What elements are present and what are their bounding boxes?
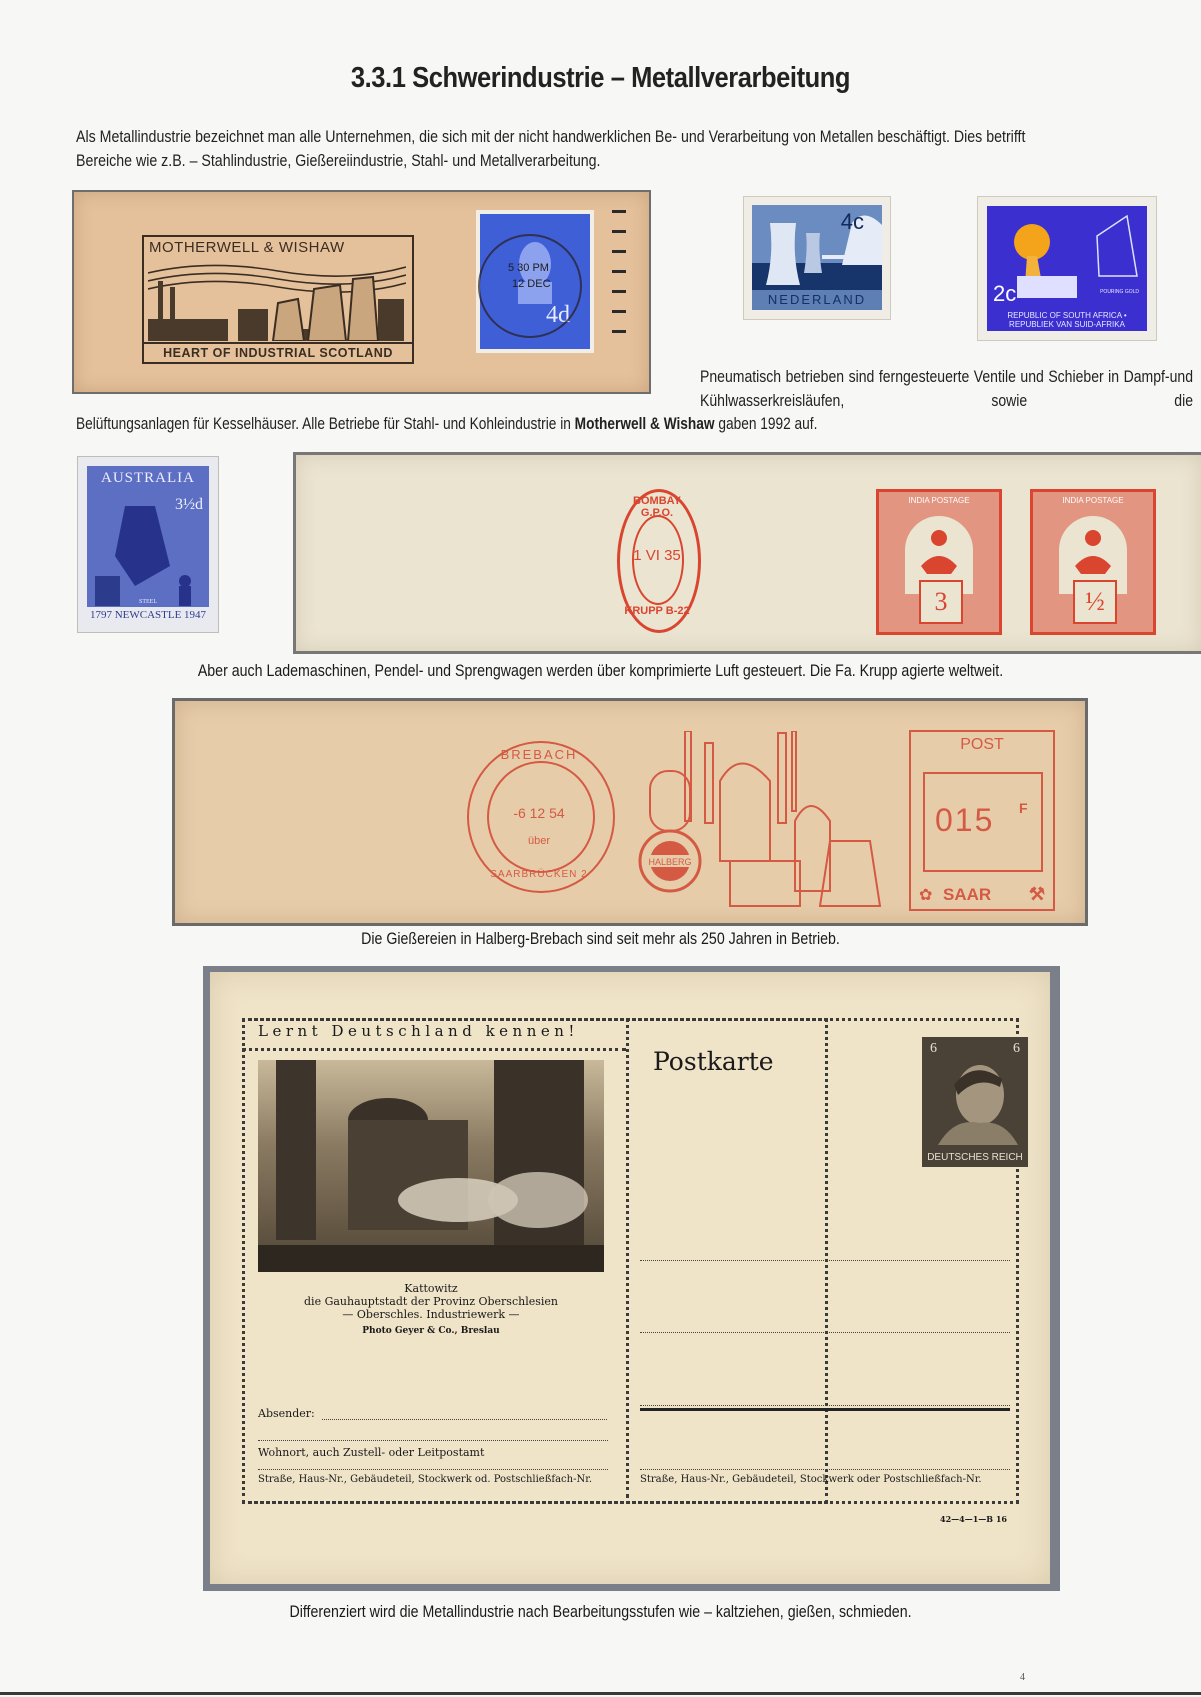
residence-label: Wohnort, auch Zustell- oder Leitpostamt xyxy=(258,1446,484,1459)
street-label-left: Straße, Haus-Nr., Gebäudeteil, Stockwerk… xyxy=(258,1474,592,1485)
page-title: 3.3.1 Schwerindustrie – Metallverarbeitu… xyxy=(72,62,1129,95)
photo-caption: Kattowitz die Gauhauptstadt der Provinz … xyxy=(258,1282,604,1338)
address-line-1 xyxy=(640,1260,1010,1261)
hammer-pick-icon: ⚒ xyxy=(1029,884,1045,905)
halberg-logo: HALBERG xyxy=(648,857,691,867)
bombay-krupp-cover: BOMBAY G.P.O. 1 VI 35 KRUPP B-22 INDIA P… xyxy=(293,452,1201,654)
postmark-bottom-text: SAARBRÜCKEN 2 xyxy=(467,869,611,880)
page-mark: 4 xyxy=(1020,1672,1025,1683)
stamp-country: NEDERLAND xyxy=(752,290,882,310)
postmark-date: 12 DEC xyxy=(512,278,551,290)
halberg-caption: Die Gießereien in Halberg-Brebach sind s… xyxy=(84,930,1117,949)
kattowitz-photo xyxy=(258,1060,604,1272)
stamp-value-right: 6 xyxy=(1013,1041,1020,1057)
slogan-bottom-text: HEART OF INDUSTRIAL SCOTLAND xyxy=(144,342,412,362)
postkarte-heading: Postkarte xyxy=(653,1047,774,1076)
stamp-country: DEUTSCHES REICH xyxy=(922,1152,1028,1163)
print-code: 42—4—1—B 16 xyxy=(940,1514,1007,1524)
stamp-value: 2c xyxy=(993,281,1016,307)
intro-paragraph: Als Metallindustrie bezeichnet man alle … xyxy=(76,125,1074,173)
address-line-2 xyxy=(640,1332,1010,1333)
motherwell-cover: MOTHERWELL & WISHAW HEART OF INDUSTRIAL … xyxy=(72,190,651,394)
deutsches-reich-6-stamp: 6 6 DEUTSCHES REICH xyxy=(922,1037,1028,1167)
stamp-country: AUSTRALIA xyxy=(87,470,209,487)
stamp-country: REPUBLIC OF SOUTH AFRICA • REPUBLIEK VAN… xyxy=(987,311,1147,329)
netherlands-stamp: 4c NEDERLAND xyxy=(743,196,891,320)
postmark-top-text: BREBACH xyxy=(467,747,611,762)
meter-footer: SAAR xyxy=(943,885,991,905)
halberg-foundry-icon: HALBERG xyxy=(630,731,890,911)
postmark-bottom-text: KRUPP B-22 xyxy=(616,605,698,617)
address-line-3 xyxy=(640,1405,1010,1411)
meter-stamp-half: INDIA POSTAGE ½ xyxy=(1030,489,1156,635)
stamp-value: 4c xyxy=(841,209,864,235)
postmark-date: -6 12 54 xyxy=(467,805,611,821)
meter-stamp-3: INDIA POSTAGE 3 xyxy=(876,489,1002,635)
postmark-via: über xyxy=(467,835,611,847)
postmark-top-text: BOMBAY G.P.O. xyxy=(616,495,698,519)
stamp-caption: POURING GOLD xyxy=(1100,289,1139,295)
pneumatic-paragraph: Pneumatisch betrieben sind ferngesteuert… xyxy=(700,365,1193,413)
steel-ladle-icon xyxy=(95,496,201,606)
portrait-icon xyxy=(934,1057,1018,1145)
meter-value: 015 xyxy=(935,802,994,839)
card-banner: Lernt Deutschland kennen! xyxy=(258,1022,579,1040)
sender-label: Absender: xyxy=(258,1407,315,1420)
sender-line xyxy=(322,1419,607,1420)
saar-meter-stamp: POST 015 F ✿ SAAR ⚒ xyxy=(909,730,1055,911)
stamp-value-left: 6 xyxy=(930,1041,937,1057)
bottom-rule xyxy=(0,1692,1201,1695)
postmark-time: 5 30 PM xyxy=(508,262,549,274)
address-line-4 xyxy=(640,1469,1010,1470)
meter-unit: F xyxy=(1019,800,1028,816)
postmark-date: 1 VI 35 xyxy=(616,547,698,564)
industrial-skyline-icon xyxy=(148,259,406,341)
slogan-top-text: MOTHERWELL & WISHAW xyxy=(149,239,345,256)
south-africa-stamp: 2c POURING GOLD REPUBLIC OF SOUTH AFRICA… xyxy=(977,196,1157,341)
final-caption: Differenziert wird die Metallindustrie n… xyxy=(84,1603,1117,1622)
australia-stamp: AUSTRALIA 3½d STEEL 1797 NEWCASTLE 1947 xyxy=(77,456,219,633)
saar-emblem-icon: ✿ xyxy=(919,885,932,905)
stamp-caption: 1797 NEWCASTLE 1947 xyxy=(87,607,209,623)
stamp-subject: STEEL xyxy=(87,599,209,605)
gb-4d-stamp: 4d 5 30 PM 12 DEC xyxy=(476,210,594,353)
cancel-bars xyxy=(612,210,626,350)
slogan-cancel: MOTHERWELL & WISHAW HEART OF INDUSTRIAL … xyxy=(142,235,414,364)
belueftung-paragraph: Belüftungsanlagen für Kesselhäuser. Alle… xyxy=(76,412,1114,436)
meter-header: POST xyxy=(911,736,1053,754)
brebach-halberg-cover: BREBACH -6 12 54 über SAARBRÜCKEN 2 HALB… xyxy=(172,698,1088,926)
industrial-plant-photo xyxy=(258,1060,604,1272)
krupp-caption: Aber auch Lademaschinen, Pendel- und Spr… xyxy=(84,662,1117,681)
street-label-right: Straße, Haus-Nr., Gebäudeteil, Stockwerk… xyxy=(640,1474,982,1485)
